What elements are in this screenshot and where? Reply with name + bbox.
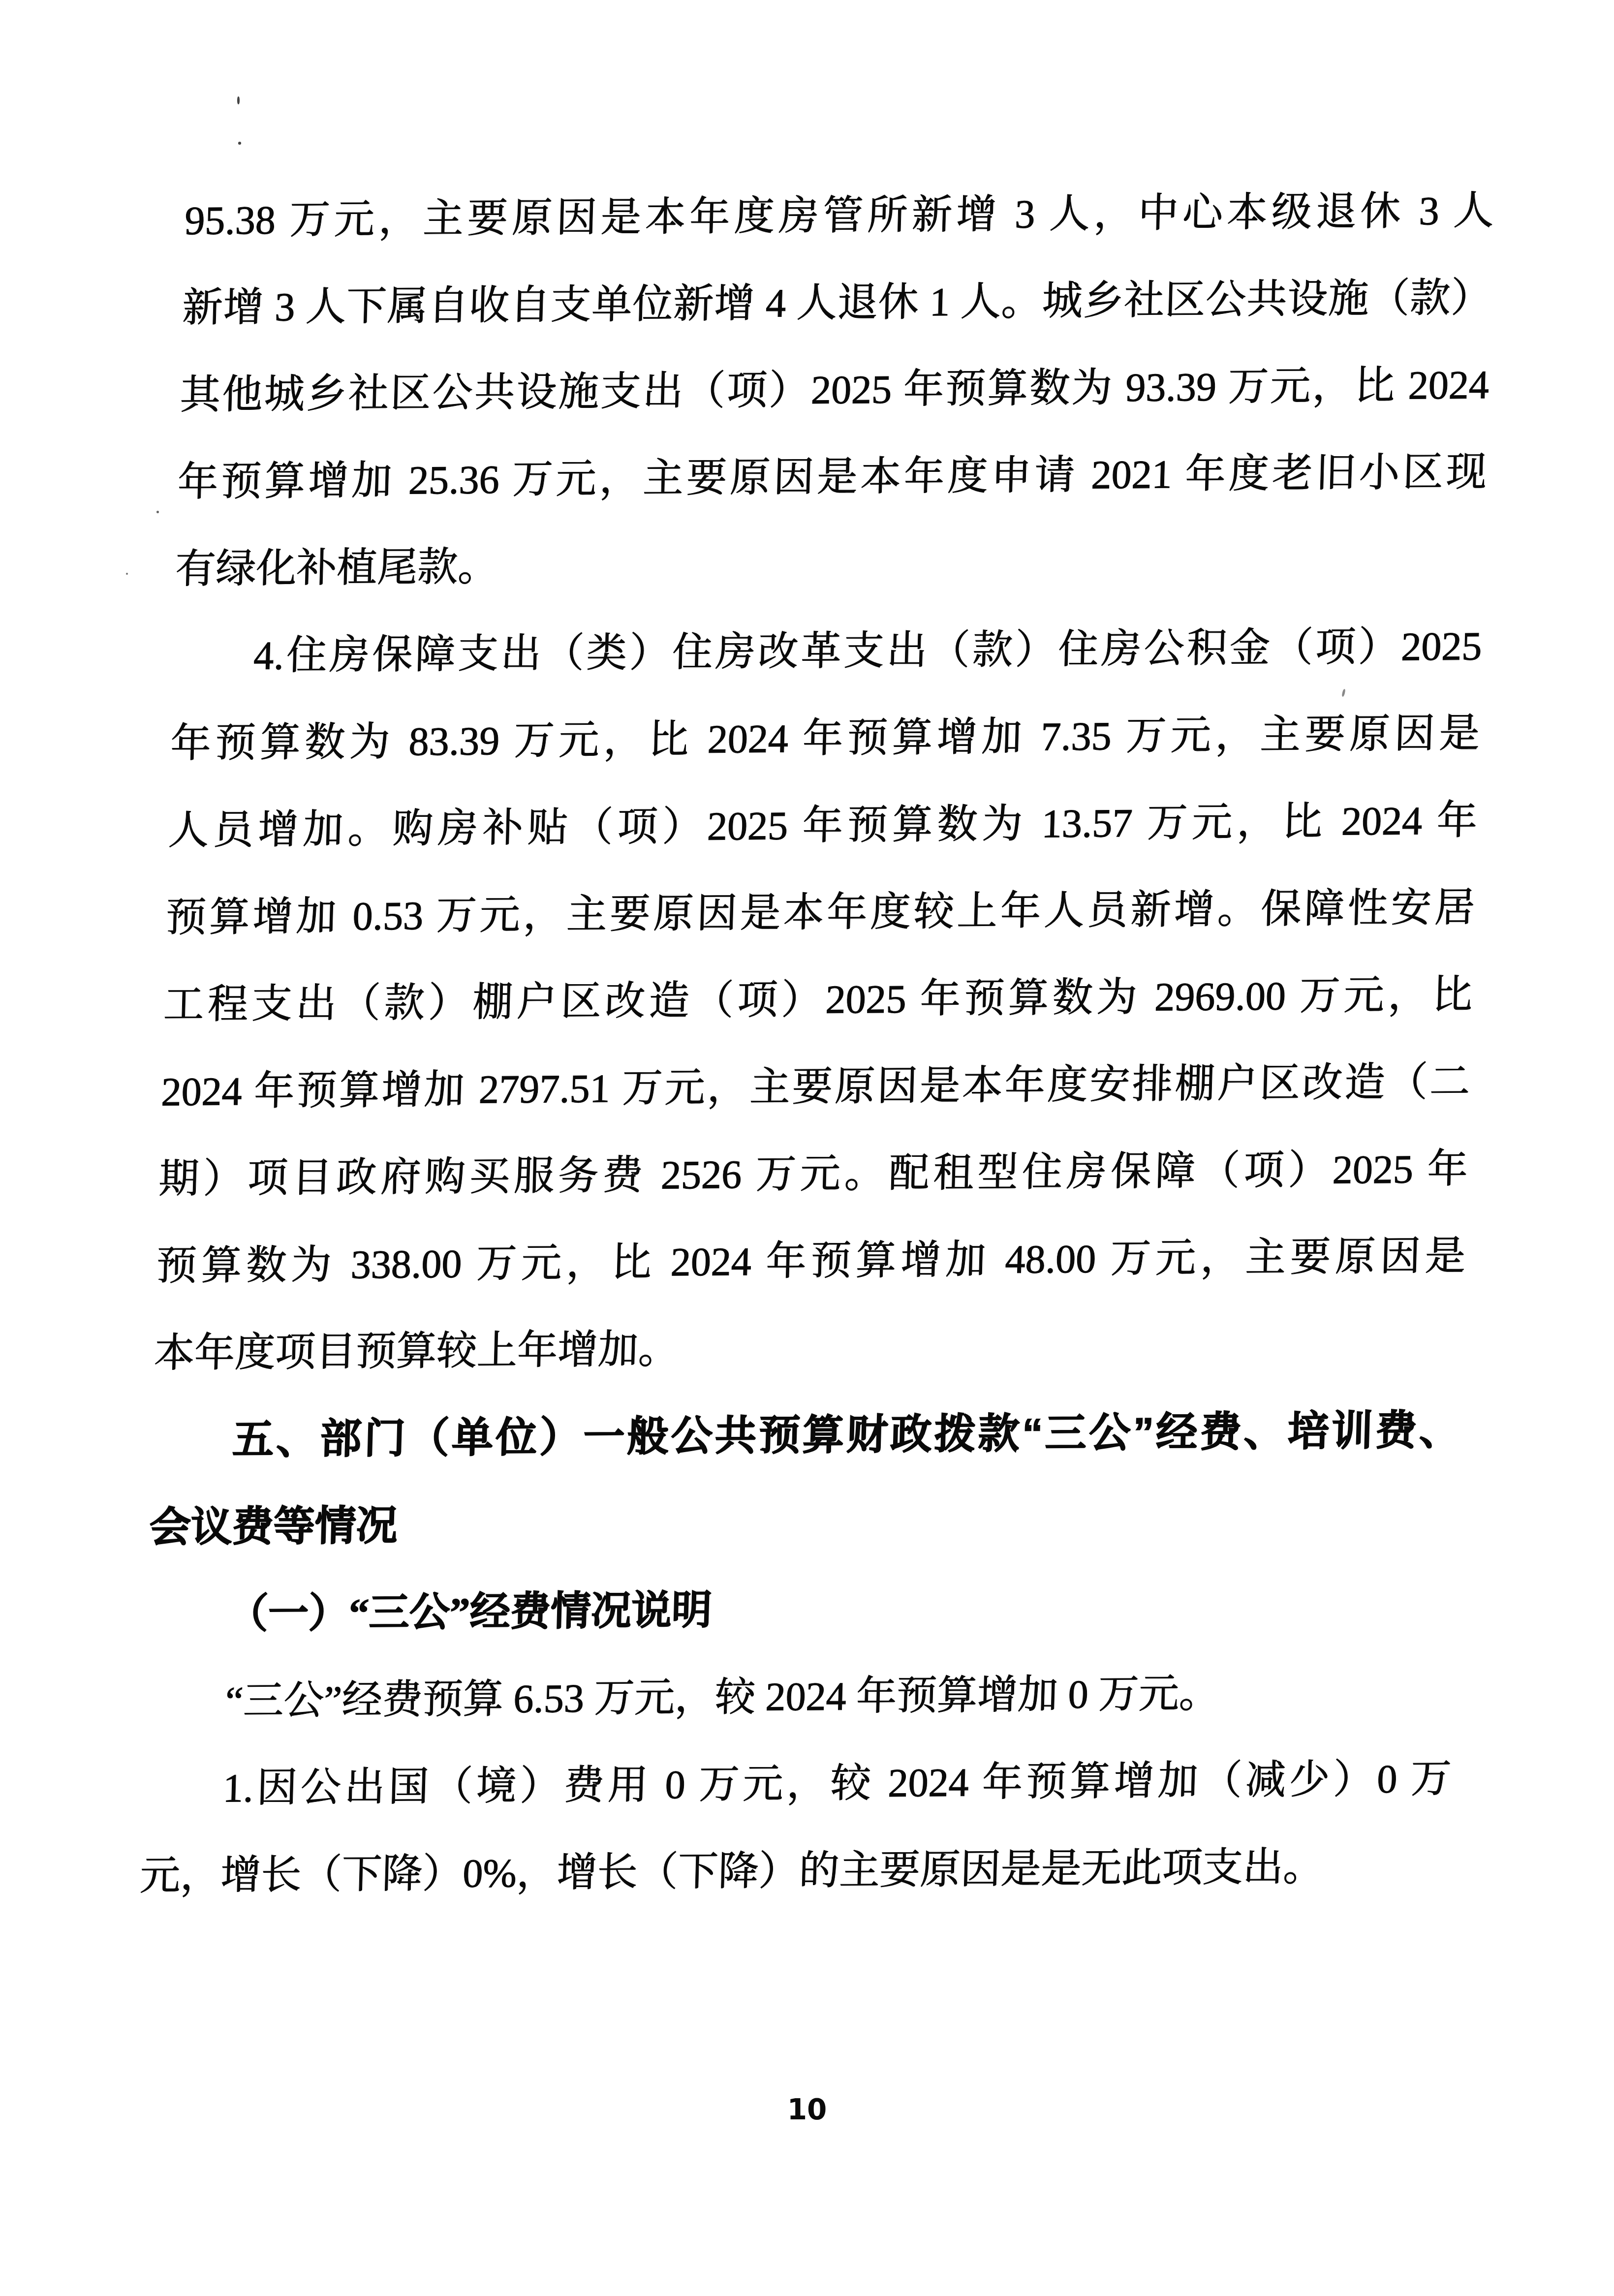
text-line: 1.因公出国（境）费用 0 万元，较 2024 年预算增加（减少）0 万 [141, 1735, 1453, 1832]
text-line: 4.住房保障支出（类）住房改革支出（款）住房公积金（项）2025 [172, 602, 1483, 700]
section-heading: 五、部门（单位）一般公共预算财政拨款“三公”经费、培训费、 [151, 1387, 1462, 1484]
text-line: “三公”经费预算 6.53 万元，较 2024 年预算增加 0 万元。 [144, 1648, 1455, 1745]
text-line: 工程支出（款）棚户区改造（项）2025 年预算数为 2969.00 万元，比 [162, 951, 1474, 1049]
text-line: 预算数为 338.00 万元，比 2024 年预算增加 48.00 万元，主要原… [155, 1212, 1467, 1310]
text-line: 人员增加。购房补贴（项）2025 年预算数为 13.57 万元，比 2024 年 [167, 776, 1479, 874]
text-line: 期）项目政府购买服务费 2526 万元。配租型住房保障（项）2025 年 [157, 1125, 1469, 1223]
page-sheet: 95.38 万元，主要原因是本年度房管所新增 3 人，中心本级退休 3 人 新增… [0, 0, 1614, 2296]
text-line: 新增 3 人下属自收自支单位新增 4 人退休 1 人。城乡社区公共设施（款） [181, 254, 1492, 351]
text-line: 95.38 万元，主要原因是本年度房管所新增 3 人，中心本级退休 3 人 [184, 167, 1495, 264]
text-line: 2024 年预算增加 2797.51 万元，主要原因是本年度安排棚户区改造（二 [160, 1038, 1471, 1136]
scan-speck [126, 573, 128, 575]
scan-speck [238, 142, 241, 145]
text-line: 本年度项目预算较上年增加。 [153, 1300, 1464, 1397]
document-body: 95.38 万元，主要原因是本年度房管所新增 3 人，中心本级退休 3 人 新增… [139, 167, 1495, 1920]
scan-speck [156, 511, 159, 513]
text-line: 年预算增加 25.36 万元，主要原因是本年度申请 2021 年度老旧小区现 [177, 428, 1488, 526]
scanned-document-page: { "page": { "number": "10", "background_… [0, 0, 1614, 2296]
text-line: 有绿化补植尾款。 [174, 515, 1486, 613]
text-line: 元，增长（下降）0%，增长（下降）的主要原因是是无此项支出。 [139, 1822, 1450, 1920]
page-number: 10 [0, 2092, 1614, 2127]
text-line: 年预算数为 83.39 万元，比 2024 年预算增加 7.35 万元，主要原因… [169, 689, 1481, 787]
text-line: 预算增加 0.53 万元，主要原因是本年度较上年人员新增。保障性安居 [165, 864, 1476, 961]
text-line: 其他城乡社区公共设施支出（项）2025 年预算数为 93.39 万元，比 202… [179, 341, 1490, 438]
scan-speck [237, 96, 240, 104]
section-heading: 会议费等情况 [148, 1474, 1459, 1571]
sub-heading: （一）“三公”经费情况说明 [146, 1561, 1458, 1658]
